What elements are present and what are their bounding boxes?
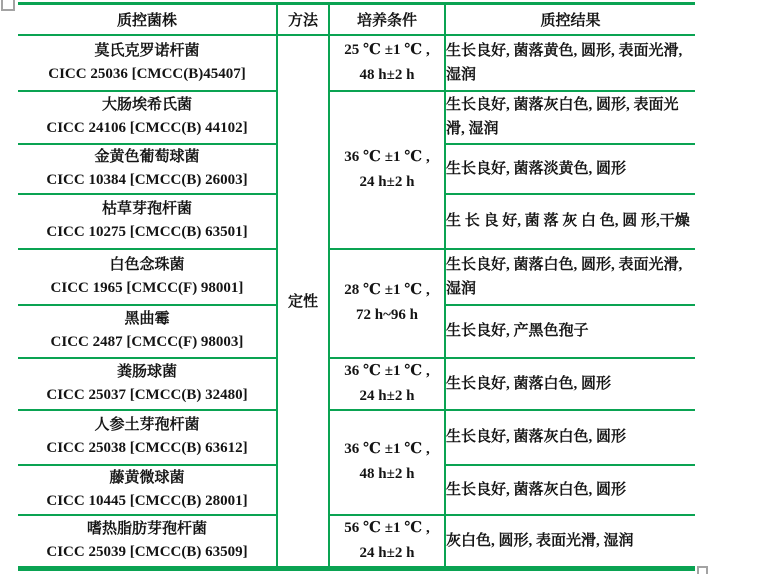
result-cell: 生长良好, 菌落灰白色, 圆形 — [445, 465, 695, 515]
strain-code: CICC 10445 [CMCC(B) 28001] — [18, 490, 276, 513]
strain-code: CICC 25039 [CMCC(B) 63509] — [18, 541, 276, 564]
strain-code: CICC 10275 [CMCC(B) 63501] — [18, 221, 276, 244]
strain-cell: 白色念珠菌 CICC 1965 [CMCC(F) 98001] — [18, 249, 277, 305]
strain-name: 粪肠球菌 — [18, 361, 276, 384]
table-move-handle[interactable] — [1, 0, 15, 11]
strain-name: 大肠埃希氏菌 — [18, 94, 276, 117]
condition-cell: 36 ℃ ±1 ℃ , 24 h±2 h — [329, 91, 445, 249]
condition-line1: 36 ℃ ±1 ℃ , — [330, 145, 444, 170]
strain-cell: 粪肠球菌 CICC 25037 [CMCC(B) 32480] — [18, 358, 277, 410]
strain-name: 白色念珠菌 — [18, 254, 276, 277]
result-cell: 生长良好, 产黑色孢子 — [445, 305, 695, 358]
document-page: 质控菌株 方法 培养条件 质控结果 莫氏克罗诺杆菌 CICC 25036 [CM… — [0, 0, 761, 574]
condition-cell: 25 ℃ ±1 ℃ , 48 h±2 h — [329, 35, 445, 91]
strain-name: 枯草芽孢杆菌 — [18, 198, 276, 221]
strain-cell: 嗜热脂肪芽孢杆菌 CICC 25039 [CMCC(B) 63509] — [18, 515, 277, 569]
strain-cell: 金黄色葡萄球菌 CICC 10384 [CMCC(B) 26003] — [18, 144, 277, 194]
strain-name: 藤黄微球菌 — [18, 467, 276, 490]
strain-name: 人参土芽孢杆菌 — [18, 414, 276, 437]
condition-cell: 28 ℃ ±1 ℃ , 72 h~96 h — [329, 249, 445, 358]
condition-cell: 36 ℃ ±1 ℃ , 24 h±2 h — [329, 358, 445, 410]
strain-code: CICC 1965 [CMCC(F) 98001] — [18, 277, 276, 300]
table-row: 人参土芽孢杆菌 CICC 25038 [CMCC(B) 63612] 36 ℃ … — [18, 410, 695, 465]
header-condition: 培养条件 — [329, 4, 445, 35]
strain-cell: 莫氏克罗诺杆菌 CICC 25036 [CMCC(B)45407] — [18, 35, 277, 91]
condition-line2: 48 h±2 h — [330, 462, 444, 487]
condition-line2: 48 h±2 h — [330, 63, 444, 88]
result-cell: 生长良好, 菌落白色, 圆形, 表面光滑, 湿润 — [445, 249, 695, 305]
strain-name: 黑曲霉 — [18, 308, 276, 331]
result-cell: 生长良好, 菌落淡黄色, 圆形 — [445, 144, 695, 194]
strain-cell: 人参土芽孢杆菌 CICC 25038 [CMCC(B) 63612] — [18, 410, 277, 465]
header-strain: 质控菌株 — [18, 4, 277, 35]
table-row: 白色念珠菌 CICC 1965 [CMCC(F) 98001] 28 ℃ ±1 … — [18, 249, 695, 305]
strain-code: CICC 25036 [CMCC(B)45407] — [18, 63, 276, 86]
table-row: 大肠埃希氏菌 CICC 24106 [CMCC(B) 44102] 36 ℃ ±… — [18, 91, 695, 144]
strain-cell: 枯草芽孢杆菌 CICC 10275 [CMCC(B) 63501] — [18, 194, 277, 249]
result-cell: 生长良好, 菌落白色, 圆形 — [445, 358, 695, 410]
header-row: 质控菌株 方法 培养条件 质控结果 — [18, 4, 695, 35]
condition-cell: 56 ℃ ±1 ℃ , 24 h±2 h — [329, 515, 445, 569]
condition-line1: 25 ℃ ±1 ℃ , — [330, 38, 444, 63]
result-cell: 生长良好, 菌落灰白色, 圆形, 表面光滑, 湿润 — [445, 91, 695, 144]
table-row: 莫氏克罗诺杆菌 CICC 25036 [CMCC(B)45407] 定性 25 … — [18, 35, 695, 91]
result-cell: 生长良好, 菌落灰白色, 圆形 — [445, 410, 695, 465]
result-cell: 生长良好, 菌落黄色, 圆形, 表面光滑, 湿润 — [445, 35, 695, 91]
strain-cell: 大肠埃希氏菌 CICC 24106 [CMCC(B) 44102] — [18, 91, 277, 144]
strain-name: 嗜热脂肪芽孢杆菌 — [18, 518, 276, 541]
strain-code: CICC 25037 [CMCC(B) 32480] — [18, 384, 276, 407]
table-row: 粪肠球菌 CICC 25037 [CMCC(B) 32480] 36 ℃ ±1 … — [18, 358, 695, 410]
table-resize-handle[interactable] — [697, 566, 708, 574]
strain-code: CICC 10384 [CMCC(B) 26003] — [18, 169, 276, 192]
strain-name: 莫氏克罗诺杆菌 — [18, 40, 276, 63]
condition-line1: 28 ℃ ±1 ℃ , — [330, 278, 444, 303]
condition-cell: 36 ℃ ±1 ℃ , 48 h±2 h — [329, 410, 445, 515]
qc-table: 质控菌株 方法 培养条件 质控结果 莫氏克罗诺杆菌 CICC 25036 [CM… — [18, 2, 695, 571]
table-row: 嗜热脂肪芽孢杆菌 CICC 25039 [CMCC(B) 63509] 56 ℃… — [18, 515, 695, 569]
condition-line1: 56 ℃ ±1 ℃ , — [330, 516, 444, 541]
header-method: 方法 — [277, 4, 329, 35]
condition-line2: 24 h±2 h — [330, 384, 444, 409]
condition-line1: 36 ℃ ±1 ℃ , — [330, 437, 444, 462]
result-cell: 灰白色, 圆形, 表面光滑, 湿润 — [445, 515, 695, 569]
result-cell: 生 长 良 好, 菌 落 灰 白 色, 圆 形,干燥 — [445, 194, 695, 249]
strain-cell: 黑曲霉 CICC 2487 [CMCC(F) 98003] — [18, 305, 277, 358]
strain-code: CICC 24106 [CMCC(B) 44102] — [18, 117, 276, 140]
condition-line1: 36 ℃ ±1 ℃ , — [330, 359, 444, 384]
strain-code: CICC 25038 [CMCC(B) 63612] — [18, 437, 276, 460]
condition-line2: 24 h±2 h — [330, 541, 444, 566]
strain-code: CICC 2487 [CMCC(F) 98003] — [18, 331, 276, 354]
strain-name: 金黄色葡萄球菌 — [18, 146, 276, 169]
condition-line2: 24 h±2 h — [330, 170, 444, 195]
condition-line2: 72 h~96 h — [330, 303, 444, 328]
strain-cell: 藤黄微球菌 CICC 10445 [CMCC(B) 28001] — [18, 465, 277, 515]
method-cell: 定性 — [277, 35, 329, 569]
header-result: 质控结果 — [445, 4, 695, 35]
